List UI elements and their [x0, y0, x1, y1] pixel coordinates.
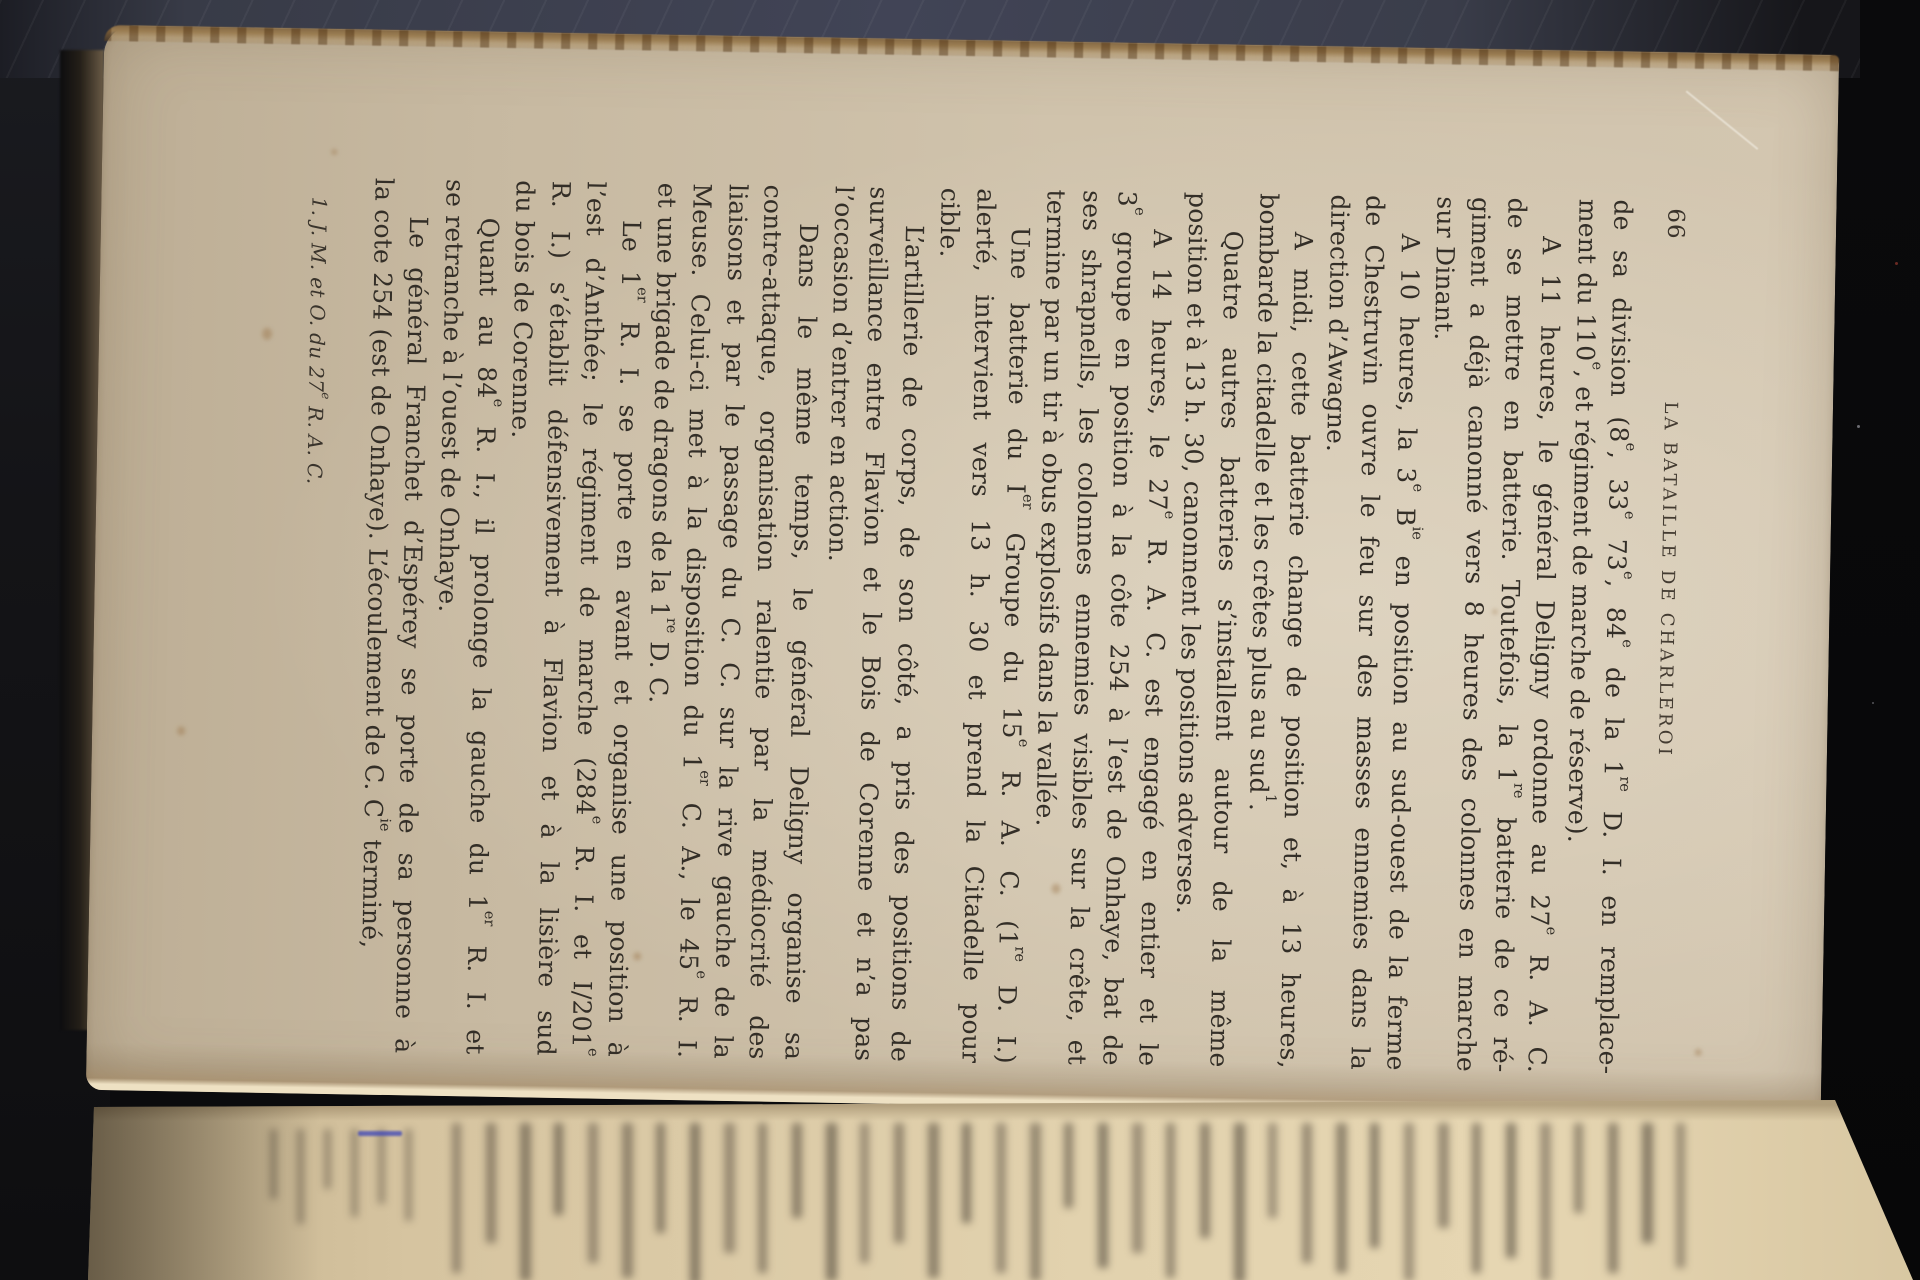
blurred-text-column — [860, 1123, 869, 1263]
blurred-text-column — [1404, 1123, 1414, 1280]
dust-speck — [1895, 262, 1898, 265]
photo-of-open-book: { "page": { "number": "66", "header_titl… — [0, 0, 1920, 1280]
blurred-text-column — [452, 1123, 461, 1273]
blurred-text-column — [1642, 1123, 1653, 1243]
facing-page — [80, 1095, 1920, 1280]
page-body: de sa division (8e, 33e 73e, 84e de la 1… — [351, 178, 1641, 1075]
blurred-text-column — [1438, 1123, 1449, 1228]
blurred-text-column — [486, 1123, 496, 1243]
running-title: LA BATAILLE DE CHARLEROI — [1649, 142, 1689, 1017]
blurred-text-column — [724, 1123, 735, 1253]
blue-pen-mark — [358, 1131, 402, 1136]
blurred-text-column — [1608, 1123, 1618, 1273]
blurred-text-column — [1234, 1123, 1245, 1280]
blurred-text-column — [1574, 1123, 1583, 1213]
paragraph: Le 1er R. I. se porte en avant et organi… — [493, 180, 650, 1057]
blurred-footnote-column — [324, 1129, 331, 1189]
paragraph: Dans le même temps, le général Deligny o… — [634, 182, 826, 1060]
blurred-text-column — [1336, 1123, 1347, 1273]
paragraph: Quant au 84e R. I., il prolonge la gauch… — [422, 179, 508, 1055]
blurred-text-column — [962, 1123, 971, 1223]
blurred-footnote-column — [351, 1129, 358, 1217]
blurred-text-column — [758, 1123, 767, 1273]
blurred-text-column — [1268, 1123, 1277, 1218]
page-header: 66 LA BATAILLE DE CHARLEROI — [1643, 200, 1688, 1075]
foxing-spot — [262, 328, 272, 340]
blurred-text-column — [928, 1123, 939, 1278]
blurred-text-column — [1132, 1123, 1143, 1253]
page-content: 66 LA BATAILLE DE CHARLEROI de sa divisi… — [292, 29, 1839, 1121]
paragraph: A 11 heures, le général Deligny ordonne … — [1413, 196, 1570, 1073]
blurred-text-column — [826, 1123, 837, 1280]
blurred-text — [80, 1095, 1920, 1280]
blurred-text-column — [1064, 1123, 1073, 1208]
paragraph: A 14 heures, le 27e R. A. C. est engagé … — [1024, 189, 1181, 1066]
gutter-shadow — [80, 1095, 320, 1280]
blurred-text-column — [1302, 1123, 1312, 1263]
blurred-text-column — [1098, 1123, 1108, 1268]
paragraph: L’artillerie de corps, de son côté, a pr… — [811, 186, 932, 1063]
dust-speck — [1872, 702, 1874, 704]
blurred-text-column — [520, 1123, 531, 1280]
blurred-footnote-column — [378, 1129, 385, 1204]
paragraph: de sa division (8e, 33e 73e, 84e de la 1… — [1555, 199, 1641, 1075]
book-page: 66 LA BATAILLE DE CHARLEROI de sa divisi… — [86, 25, 1839, 1120]
dust-speck — [1857, 425, 1860, 428]
blurred-text-column — [1166, 1123, 1175, 1278]
paragraph: Une batterie du Ier Groupe du 15e R. A. … — [917, 187, 1038, 1064]
blurred-text-column — [690, 1123, 700, 1280]
paragraph: A 10 heures, la 3e Bie en position au su… — [1307, 194, 1428, 1071]
blurred-text-column — [1472, 1123, 1481, 1273]
blurred-text-column — [1676, 1123, 1685, 1268]
blurred-text-column — [622, 1123, 633, 1278]
blurred-text-column — [894, 1123, 904, 1243]
blurred-text-column — [792, 1123, 802, 1218]
blurred-footnote-column — [405, 1129, 412, 1221]
blurred-text-column — [1200, 1123, 1210, 1238]
footnote: 1. J. M. et O. du 27e R. A. C. — [293, 177, 332, 1052]
foxing-spot — [177, 726, 185, 735]
blurred-text-column — [1030, 1123, 1041, 1280]
blurred-text-column — [1506, 1123, 1516, 1258]
blurred-text-column — [996, 1123, 1006, 1273]
blurred-text-column — [1370, 1123, 1379, 1248]
blurred-text-column — [656, 1123, 665, 1233]
blurred-text-column — [1540, 1123, 1551, 1280]
blurred-text-column — [588, 1123, 598, 1263]
blurred-text-column — [554, 1123, 563, 1215]
